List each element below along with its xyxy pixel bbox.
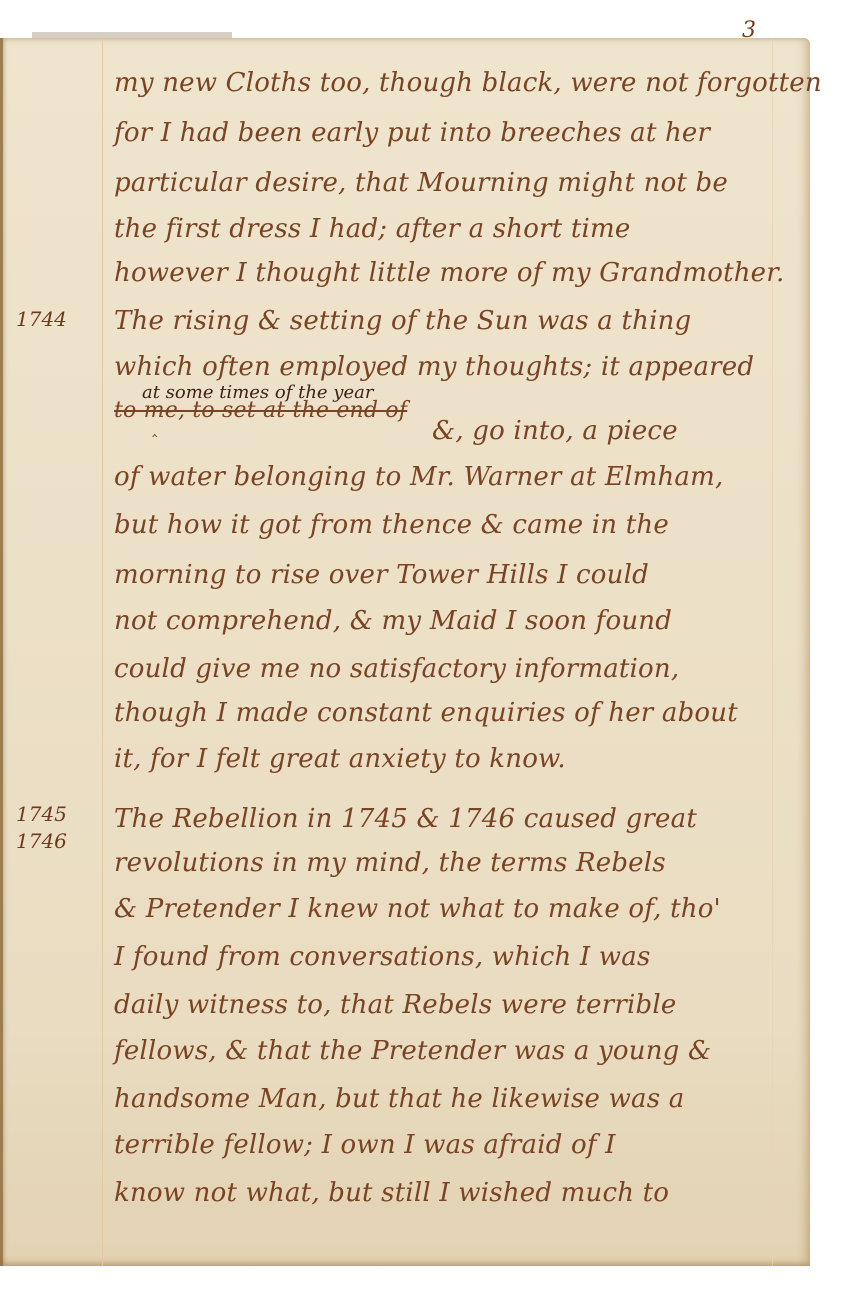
text-line: of water belonging to Mr. Warner at Elmh… <box>114 462 774 492</box>
margin-year-1745: 1745 <box>16 803 67 826</box>
text-line: it, for I felt great anxiety to know. <box>114 744 774 774</box>
struck-text: to me, to set at the end of <box>114 398 407 423</box>
text-line: handsome Man, but that he likewise was a <box>114 1084 774 1114</box>
text-line: morning to rise over Tower Hills I could <box>114 560 774 590</box>
margin-rule <box>102 38 103 1266</box>
text-line: revolutions in my mind, the terms Rebels <box>114 848 774 878</box>
margin-year-1746: 1746 <box>16 830 67 853</box>
text-line: fellows, & that the Pretender was a youn… <box>114 1036 774 1066</box>
text-line: however I thought little more of my Gran… <box>114 258 774 288</box>
text-line: which often employed my thoughts; it app… <box>114 352 774 382</box>
margin-year-1744: 1744 <box>16 308 67 331</box>
text-line: The Rebellion in 1745 & 1746 caused grea… <box>114 804 774 834</box>
text-line: &, go into, a piece <box>432 416 772 446</box>
text-line: I found from conversations, which I was <box>114 942 774 972</box>
text-line: & Pretender I knew not what to make of, … <box>114 894 774 924</box>
underlying-page-edge <box>32 32 232 38</box>
text-line: know not what, but still I wished much t… <box>114 1178 774 1208</box>
text-line: terrible fellow; I own I was afraid of I <box>114 1130 774 1160</box>
text-line: but how it got from thence & came in the <box>114 510 774 540</box>
text-line: though I made constant enquiries of her … <box>114 698 774 728</box>
text-line: the first dress I had; after a short tim… <box>114 214 774 244</box>
insertion-caret: ‸ <box>152 418 157 437</box>
text-line: my new Cloths too, though black, were no… <box>114 68 774 98</box>
text-line: for I had been early put into breeches a… <box>114 118 774 148</box>
page-number: 3 <box>742 18 756 43</box>
text-line: could give me no satisfactory informatio… <box>114 654 774 684</box>
binding-edge <box>0 38 3 1266</box>
text-line: The rising & setting of the Sun was a th… <box>114 306 774 336</box>
text-line: not comprehend, & my Maid I soon found <box>114 606 774 636</box>
text-line: daily witness to, that Rebels were terri… <box>114 990 774 1020</box>
text-line: particular desire, that Mourning might n… <box>114 168 774 198</box>
